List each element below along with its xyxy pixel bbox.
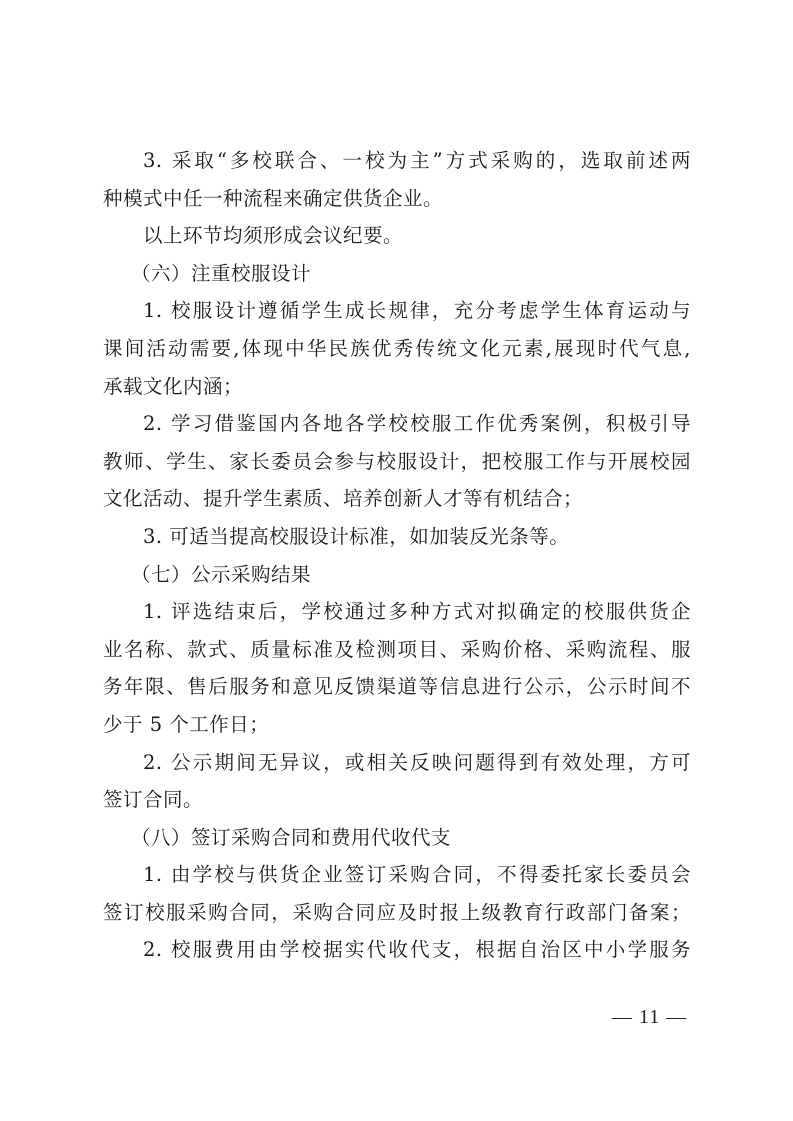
- paragraph-line: 签订合同。: [103, 781, 691, 819]
- paragraph-line: 以上环节均须形成会议纪要。: [103, 217, 691, 255]
- paragraph-line: 签订校服采购合同，采购合同应及时报上级教育行政部门备案；: [103, 894, 691, 932]
- paragraph-line: 教师、学生、家长委员会参与校服设计，把校服工作与开展校园: [103, 443, 691, 481]
- paragraph-line: 承载文化内涵；: [103, 368, 691, 406]
- paragraph-line: 少于 5 个工作日；: [103, 706, 691, 744]
- section-heading: （六）注重校服设计: [103, 255, 691, 293]
- document-body: 3. 采取“多校联合、一校为主”方式采购的，选取前述两 种模式中任一种流程来确定…: [103, 142, 691, 969]
- paragraph-line: 2. 学习借鉴国内各地各学校校服工作优秀案例，积极引导: [103, 405, 691, 443]
- paragraph-line: 3. 可适当提高校服设计标准，如加装反光条等。: [103, 518, 691, 556]
- paragraph-line: 务年限、售后服务和意见反馈渠道等信息进行公示，公示时间不: [103, 668, 691, 706]
- page-number: — 11 —: [612, 1006, 687, 1029]
- section-heading: （八）签订采购合同和费用代收代支: [103, 819, 691, 857]
- paragraph-line: 1. 校服设计遵循学生成长规律，充分考虑学生体育运动与: [103, 292, 691, 330]
- section-heading: （七）公示采购结果: [103, 556, 691, 594]
- paragraph-line: 1. 由学校与供货企业签订采购合同，不得委托家长委员会: [103, 856, 691, 894]
- paragraph-line: 种模式中任一种流程来确定供货企业。: [103, 180, 691, 218]
- paragraph-line: 3. 采取“多校联合、一校为主”方式采购的，选取前述两: [103, 142, 691, 180]
- paragraph-line: 2. 公示期间无异议，或相关反映问题得到有效处理，方可: [103, 744, 691, 782]
- paragraph-line: 2. 校服费用由学校据实代收代支，根据自治区中小学服务: [103, 931, 691, 969]
- paragraph-line: 文化活动、提升学生素质、培养创新人才等有机结合；: [103, 480, 691, 518]
- paragraph-line: 业名称、款式、质量标准及检测项目、采购价格、采购流程、服: [103, 631, 691, 669]
- paragraph-line: 课间活动需要,体现中华民族优秀传统文化元素,展现时代气息,: [103, 330, 691, 368]
- paragraph-line: 1. 评选结束后，学校通过多种方式对拟确定的校服供货企: [103, 593, 691, 631]
